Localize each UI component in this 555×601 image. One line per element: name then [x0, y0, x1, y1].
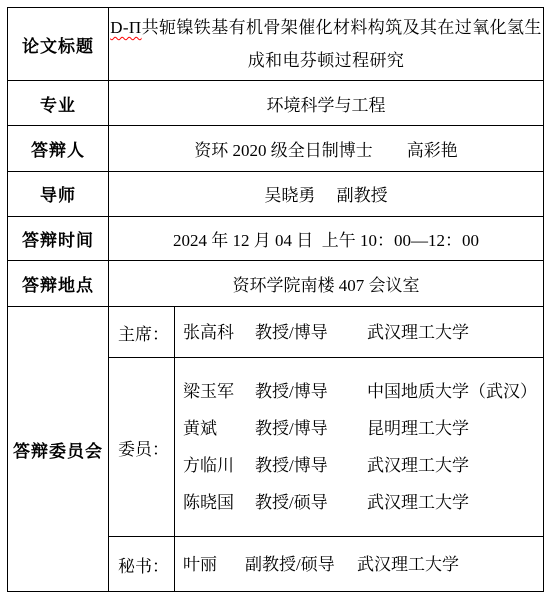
member-title: 教授/博导 — [255, 410, 367, 447]
member-name: 黄斌 — [183, 410, 255, 447]
committee-member-line: 方临川 教授/博导 武汉理工大学 — [175, 447, 543, 484]
member-name: 陈晓国 — [183, 484, 255, 521]
secretary-title: 副教授/硕导 — [245, 546, 357, 583]
member-title: 教授/博导 — [255, 447, 367, 484]
chair-name: 张高科 — [183, 314, 255, 351]
committee-chair-line: 张高科 教授/博导 武汉理工大学 — [175, 314, 543, 351]
secretary-cell: 叶丽 副教授/硕导 武汉理工大学 — [175, 537, 544, 592]
chair-org: 武汉理工大学 — [367, 314, 543, 351]
thesis-title-line2: 成和电芬顿过程研究 — [109, 44, 543, 77]
row-defense-time: 答辩时间 2024 年 12 月 04 日 上午 10：00—12：00 — [8, 216, 544, 261]
secretary-name: 叶丽 — [183, 546, 245, 583]
advisor-label: 导师 — [8, 171, 109, 216]
row-thesis-title: 论文标题 D-Π共轭镍铁基有机骨架催化材料构筑及其在过氧化氢生 成和电芬顿过程研… — [8, 8, 544, 81]
thesis-title-line1-rest: 共轭镍铁基有机骨架催化材料构筑及其在过氧化氢生 — [142, 18, 542, 37]
defense-time-value: 2024 年 12 月 04 日 上午 10：00—12：00 — [109, 216, 544, 261]
defender-value: 资环 2020 级全日制博士 高彩艳 — [109, 126, 544, 172]
defense-venue-label: 答辩地点 — [8, 261, 109, 307]
thesis-title-label: 论文标题 — [8, 8, 109, 81]
defense-time-label: 答辩时间 — [8, 216, 109, 261]
advisor-value: 吴晓勇 副教授 — [109, 171, 544, 216]
thesis-title-line1: D-Π共轭镍铁基有机骨架催化材料构筑及其在过氧化氢生 — [109, 11, 543, 44]
committee-member-line: 梁玉军 教授/博导 中国地质大学（武汉） — [175, 373, 543, 410]
chair-role-label: 主席： — [109, 307, 175, 358]
member-title: 教授/硕导 — [255, 484, 367, 521]
secretary-role-label: 秘书： — [109, 537, 175, 592]
members-role-label: 委员： — [109, 357, 175, 536]
committee-label: 答辩委员会 — [8, 307, 109, 592]
major-value: 环境科学与工程 — [109, 81, 544, 126]
members-cell: 梁玉军 教授/博导 中国地质大学（武汉） 黄斌 教授/博导 昆明理工大学 方临川… — [175, 357, 544, 536]
member-name: 方临川 — [183, 447, 255, 484]
thesis-defense-info-page: 论文标题 D-Π共轭镍铁基有机骨架催化材料构筑及其在过氧化氢生 成和电芬顿过程研… — [0, 0, 555, 592]
row-committee-chair: 答辩委员会 主席： 张高科 教授/博导 武汉理工大学 — [8, 307, 544, 358]
spellcheck-underlined-text: D-Π — [110, 18, 141, 37]
member-org: 中国地质大学（武汉） — [367, 373, 543, 410]
row-defense-venue: 答辩地点 资环学院南楼 407 会议室 — [8, 261, 544, 307]
committee-member-line: 陈晓国 教授/硕导 武汉理工大学 — [175, 484, 543, 521]
member-title: 教授/博导 — [255, 373, 367, 410]
member-org: 武汉理工大学 — [367, 447, 543, 484]
defense-venue-value: 资环学院南楼 407 会议室 — [109, 261, 544, 307]
chair-cell: 张高科 教授/博导 武汉理工大学 — [175, 307, 544, 358]
committee-secretary-line: 叶丽 副教授/硕导 武汉理工大学 — [175, 546, 543, 583]
member-name: 梁玉军 — [183, 373, 255, 410]
row-advisor: 导师 吴晓勇 副教授 — [8, 171, 544, 216]
chair-title: 教授/博导 — [255, 314, 367, 351]
member-org: 昆明理工大学 — [367, 410, 543, 447]
row-major: 专业 环境科学与工程 — [8, 81, 544, 126]
major-label: 专业 — [8, 81, 109, 126]
member-org: 武汉理工大学 — [367, 484, 543, 521]
thesis-defense-info-table: 论文标题 D-Π共轭镍铁基有机骨架催化材料构筑及其在过氧化氢生 成和电芬顿过程研… — [7, 7, 544, 592]
secretary-org: 武汉理工大学 — [357, 546, 543, 583]
row-defender: 答辩人 资环 2020 级全日制博士 高彩艳 — [8, 126, 544, 172]
thesis-title-value: D-Π共轭镍铁基有机骨架催化材料构筑及其在过氧化氢生 成和电芬顿过程研究 — [109, 8, 544, 81]
defender-label: 答辩人 — [8, 126, 109, 172]
committee-member-line: 黄斌 教授/博导 昆明理工大学 — [175, 410, 543, 447]
committee-member-list: 梁玉军 教授/博导 中国地质大学（武汉） 黄斌 教授/博导 昆明理工大学 方临川… — [175, 373, 543, 521]
